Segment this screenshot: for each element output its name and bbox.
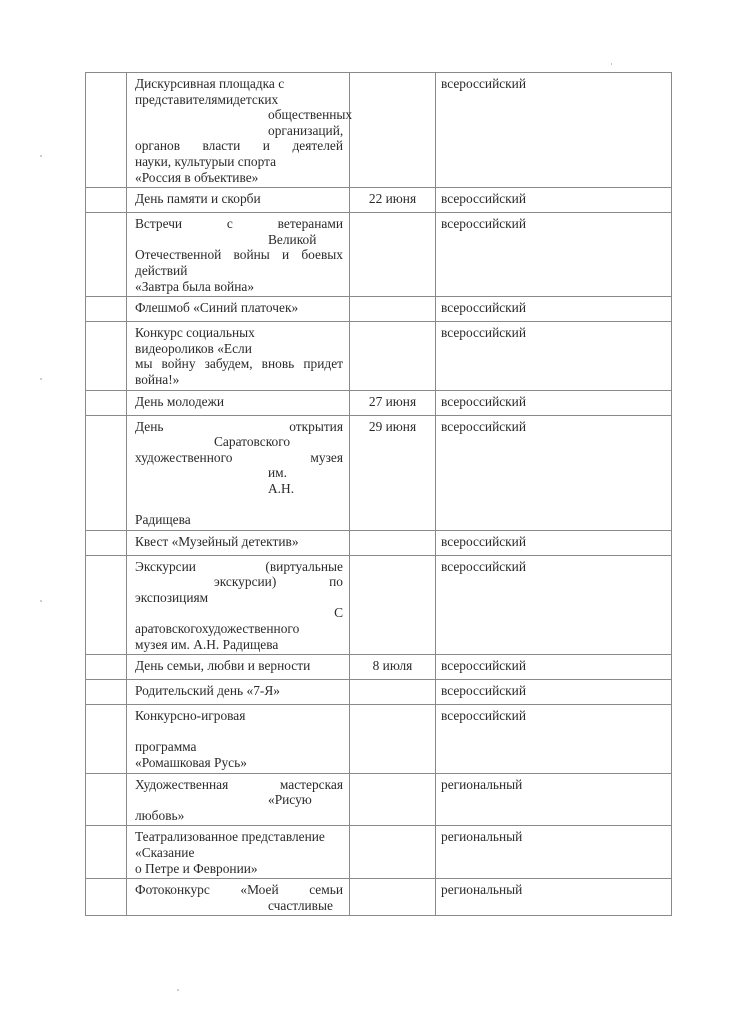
table-row: Встречи с ветеранамиВеликойОтечественной… xyxy=(86,213,672,297)
event-name-line: о Петре и Февронии» xyxy=(135,861,343,877)
row-number-cell xyxy=(86,773,127,826)
table-row: Художественная мастерская«Рисуюлюбовь»ре… xyxy=(86,773,672,826)
event-date-cell xyxy=(350,297,436,322)
event-name-line: музея им. А.Н. Радищева xyxy=(135,637,343,653)
event-name-line: любовь» xyxy=(135,808,343,824)
event-level-cell: всероссийский xyxy=(436,213,672,297)
event-name-line: общественных xyxy=(135,107,343,123)
event-date-cell xyxy=(350,322,436,390)
event-name-cell: Театрализованное представление«Сказаниео… xyxy=(127,826,350,879)
event-name-cell: Фотоконкурс «Моей семьисчастливые xyxy=(127,879,350,916)
table-row: Флешмоб «Синий платочек»всероссийский xyxy=(86,297,672,322)
event-level-cell: всероссийский xyxy=(436,705,672,773)
scan-speck xyxy=(40,155,42,157)
event-date-cell xyxy=(350,773,436,826)
event-name-line: представителямидетских xyxy=(135,92,343,108)
event-name-line: счастливые xyxy=(135,898,343,914)
event-name-line: Дискурсивная площадка с xyxy=(135,76,343,92)
event-level-cell: всероссийский xyxy=(436,415,672,530)
event-name-cell: День семьи, любви и верности xyxy=(127,655,350,680)
event-name-line: Художественная мастерская xyxy=(135,777,343,793)
event-name-line: С xyxy=(135,605,343,621)
event-date-cell: 29 июня xyxy=(350,415,436,530)
event-name-cell: Экскурсии (виртуальныеэкскурсии) поэкспо… xyxy=(127,555,350,655)
event-level-cell: всероссийский xyxy=(436,73,672,188)
row-number-cell xyxy=(86,322,127,390)
event-name-line: «Рисую xyxy=(135,792,343,808)
event-name-line: А.Н. xyxy=(135,481,343,497)
row-number-cell xyxy=(86,415,127,530)
event-name-line: Флешмоб «Синий платочек» xyxy=(135,300,343,316)
row-number-cell xyxy=(86,213,127,297)
event-name-line: Саратовского xyxy=(135,434,343,450)
event-name-cell: Флешмоб «Синий платочек» xyxy=(127,297,350,322)
event-name-line: День открытия xyxy=(135,419,343,435)
table-row: Дискурсивная площадка спредставителямиде… xyxy=(86,73,672,188)
scan-speck xyxy=(40,378,42,380)
event-name-line: День памяти и скорби xyxy=(135,191,343,207)
event-name-line: «Сказание xyxy=(135,845,343,861)
scan-speck xyxy=(40,600,42,602)
event-name-cell: Художественная мастерская«Рисуюлюбовь» xyxy=(127,773,350,826)
row-number-cell xyxy=(86,297,127,322)
event-name-cell: Квест «Музейный детектив» xyxy=(127,530,350,555)
event-name-line: действий xyxy=(135,263,343,279)
table-row: Фотоконкурс «Моей семьисчастливыерегиона… xyxy=(86,879,672,916)
event-date-cell: 22 июня xyxy=(350,188,436,213)
scan-speck xyxy=(177,989,179,991)
event-date-cell: 8 июля xyxy=(350,655,436,680)
event-level-cell: всероссийский xyxy=(436,297,672,322)
row-number-cell xyxy=(86,826,127,879)
table-row: День открытияСаратовскогохудожественного… xyxy=(86,415,672,530)
event-name-cell: День памяти и скорби xyxy=(127,188,350,213)
event-name-cell: Дискурсивная площадка спредставителямиде… xyxy=(127,73,350,188)
event-name-line: Экскурсии (виртуальные xyxy=(135,559,343,575)
event-name-line: организаций, xyxy=(135,123,343,139)
event-level-cell: региональный xyxy=(436,773,672,826)
row-number-cell xyxy=(86,655,127,680)
row-number-cell xyxy=(86,390,127,415)
event-name-line: экспозициям xyxy=(135,590,343,606)
event-name-cell: День молодежи xyxy=(127,390,350,415)
event-level-cell: всероссийский xyxy=(436,530,672,555)
event-date-cell xyxy=(350,213,436,297)
table-row: Экскурсии (виртуальныеэкскурсии) поэкспо… xyxy=(86,555,672,655)
event-name-line: органов власти и деятелей xyxy=(135,138,343,154)
event-level-cell: региональный xyxy=(436,879,672,916)
event-name-line: День молодежи xyxy=(135,394,343,410)
event-name-line: «Россия в объективе» xyxy=(135,170,343,186)
table-row: Родительский день «7-Я»всероссийский xyxy=(86,680,672,705)
event-level-cell: всероссийский xyxy=(436,322,672,390)
event-name-line: Театрализованное представление xyxy=(135,829,343,845)
table-row: День семьи, любви и верности8 июлявсерос… xyxy=(86,655,672,680)
event-date-cell xyxy=(350,555,436,655)
row-number-cell xyxy=(86,879,127,916)
row-number-cell xyxy=(86,188,127,213)
event-name-line: Квест «Музейный детектив» xyxy=(135,534,343,550)
table-row: День памяти и скорби22 июнявсероссийский xyxy=(86,188,672,213)
row-number-cell xyxy=(86,73,127,188)
table-row: Конкурсно-игроваяпрограмма«Ромашковая Ру… xyxy=(86,705,672,773)
event-name-line: аратовскогохудожественного xyxy=(135,621,343,637)
event-level-cell: всероссийский xyxy=(436,188,672,213)
event-name-line: мы войну забудем, вновь придет xyxy=(135,356,343,372)
event-name-line: День семьи, любви и верности xyxy=(135,658,343,674)
event-date-cell xyxy=(350,705,436,773)
event-name-line: «Ромашковая Русь» xyxy=(135,755,343,771)
event-name-line: «Завтра была война» xyxy=(135,279,343,295)
event-name-line: Родительский день «7-Я» xyxy=(135,683,343,699)
event-name-line: Конкурсно-игровая xyxy=(135,708,343,724)
table-row: Конкурс социальныхвидеороликов «Еслимы в… xyxy=(86,322,672,390)
event-name-line: видеороликов «Если xyxy=(135,341,343,357)
event-name-cell: Встречи с ветеранамиВеликойОтечественной… xyxy=(127,213,350,297)
event-name-cell: День открытияСаратовскогохудожественного… xyxy=(127,415,350,530)
event-date-cell xyxy=(350,680,436,705)
events-table: Дискурсивная площадка спредставителямиде… xyxy=(85,72,672,916)
event-date-cell xyxy=(350,826,436,879)
event-name-cell: Конкурсно-игроваяпрограмма«Ромашковая Ру… xyxy=(127,705,350,773)
event-date-cell xyxy=(350,73,436,188)
row-number-cell xyxy=(86,530,127,555)
table-row: Квест «Музейный детектив»всероссийский xyxy=(86,530,672,555)
event-name-line: науки, культурыи спорта xyxy=(135,154,343,170)
event-name-line: программа xyxy=(135,739,343,755)
event-name-line: им. xyxy=(135,465,343,481)
event-name-line: художественного музея xyxy=(135,450,343,466)
event-level-cell: всероссийский xyxy=(436,390,672,415)
table-row: День молодежи27 июнявсероссийский xyxy=(86,390,672,415)
events-table-body: Дискурсивная площадка спредставителямиде… xyxy=(86,73,672,916)
row-number-cell xyxy=(86,680,127,705)
event-date-cell xyxy=(350,530,436,555)
row-number-cell xyxy=(86,555,127,655)
event-level-cell: всероссийский xyxy=(436,555,672,655)
event-name-line: Великой xyxy=(135,232,343,248)
scan-speck xyxy=(611,63,612,65)
event-name-line: Радищева xyxy=(135,512,343,528)
event-name-line: Отечественной войны и боевых xyxy=(135,247,343,263)
table-row: Театрализованное представление«Сказаниео… xyxy=(86,826,672,879)
event-level-cell: региональный xyxy=(436,826,672,879)
event-name-line: Фотоконкурс «Моей семьи xyxy=(135,882,343,898)
event-name-line: война!» xyxy=(135,372,343,388)
event-name-line: экскурсии) по xyxy=(135,574,343,590)
event-name-cell: Родительский день «7-Я» xyxy=(127,680,350,705)
row-number-cell xyxy=(86,705,127,773)
event-date-cell xyxy=(350,879,436,916)
event-name-cell: Конкурс социальныхвидеороликов «Еслимы в… xyxy=(127,322,350,390)
event-name-line: Конкурс социальных xyxy=(135,325,343,341)
event-level-cell: всероссийский xyxy=(436,655,672,680)
event-date-cell: 27 июня xyxy=(350,390,436,415)
event-name-line: Встречи с ветеранами xyxy=(135,216,343,232)
event-level-cell: всероссийский xyxy=(436,680,672,705)
